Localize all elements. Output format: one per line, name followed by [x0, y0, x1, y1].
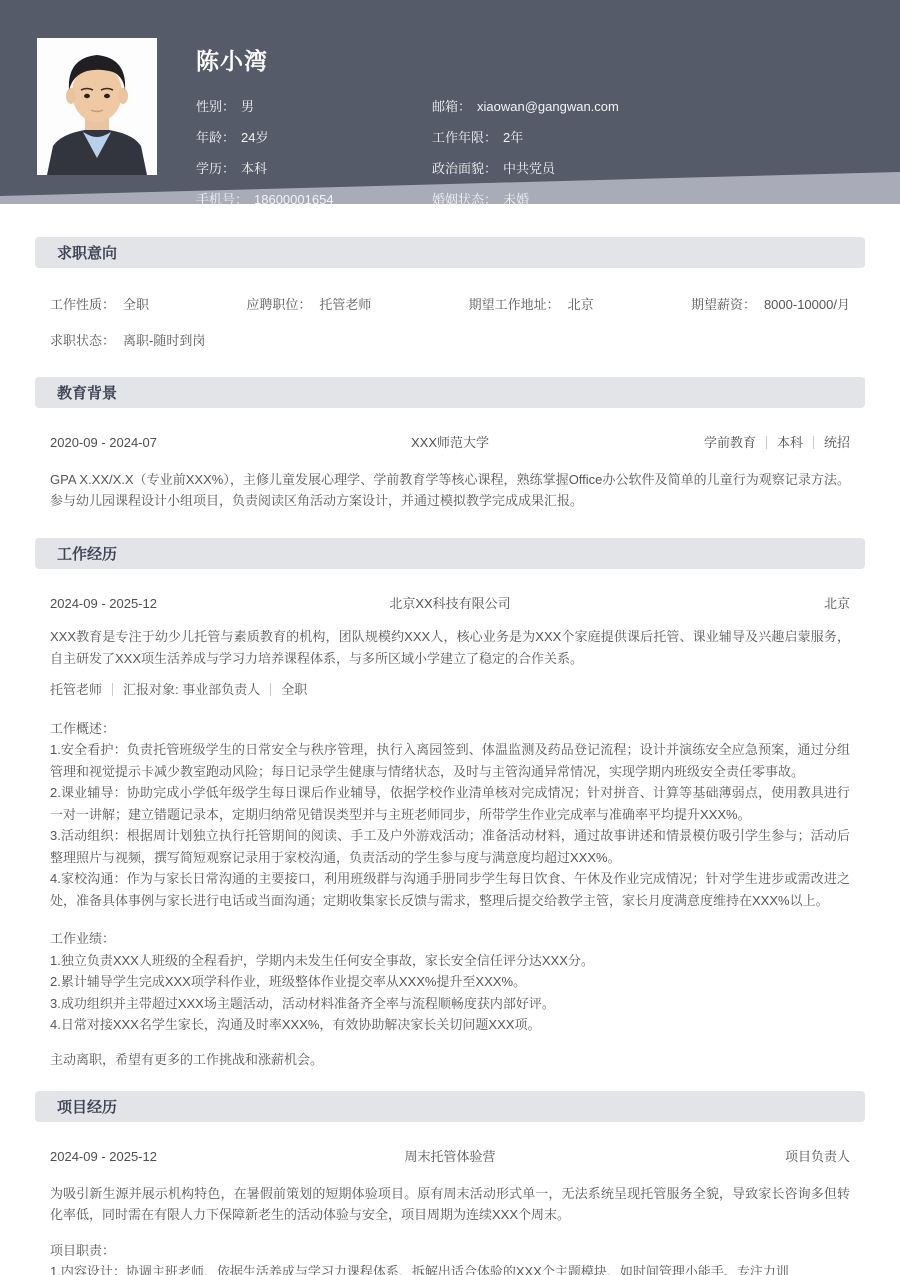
info-label: 手机号：: [196, 192, 248, 207]
work-overview-item: 1.安全看护：负责托管班级学生的日常安全与秩序管理，执行入离园签到、体温监测及药…: [50, 739, 850, 782]
project-background: 为吸引新生源并展示机构特色，在暑假前策划的短期体验项目。原有周末活动形式单一，无…: [50, 1183, 850, 1226]
work-location: 北京: [511, 593, 850, 615]
field-value: 北京: [568, 297, 594, 312]
work-achievements: 工作业绩： 1.独立负责XXX人班级的全程看护，学期内未发生任何安全事故，家长安…: [50, 928, 850, 1036]
leave-reason: 主动离职，希望有更多的工作挑战和涨薪机会。: [50, 1049, 850, 1071]
info-value: 男: [241, 99, 254, 114]
project-role: 项目负责人: [496, 1146, 851, 1168]
info-label: 婚姻状态：: [432, 192, 497, 207]
education-description: GPA X.XX/X.X（专业前XXX%），主修儿童发展心理学、学前教育学等核心…: [50, 469, 850, 512]
info-label: 学历：: [196, 161, 235, 176]
education-entry-row: 2020-09 - 2024-07 XXX师范大学 学前教育本科统招: [50, 432, 850, 454]
degree: 本科: [777, 435, 803, 450]
work-achievement-item: 1.独立负责XXX人班级的全程看护，学期内未发生任何安全事故，家长安全信任评分达…: [50, 950, 850, 972]
education-content: 2020-09 - 2024-07 XXX师范大学 学前教育本科统招 GPA X…: [0, 432, 900, 512]
target-position: 应聘职位：托管老师: [246, 294, 371, 316]
section-title-bar-education: 教育背景: [35, 377, 865, 408]
position-line: 托管老师汇报对象: 事业部负责人全职: [50, 679, 850, 701]
work-period: 2024-09 - 2025-12: [50, 593, 389, 615]
project-duty-item: 1.内容设计：协调主班老师，依据生活养成与学习力课程体系，拆解出适合体验的XXX…: [50, 1261, 850, 1275]
work-overview-item: 4.家校沟通：作为与家长日常沟通的主要接口，利用班级群与沟通手册同步学生每日饮食…: [50, 868, 850, 911]
field-value: 8000-10000/月: [764, 297, 850, 312]
job-intent-row: 工作性质：全职 应聘职位：托管老师 期望工作地址：北京 期望薪资：8000-10…: [50, 294, 850, 316]
field-value: 离职-随时到岗: [123, 333, 205, 348]
section-work-experience: 工作经历 2024-09 - 2025-12 北京XX科技有限公司 北京 XXX…: [0, 538, 900, 1071]
major: 学前教育: [704, 435, 756, 450]
field-label: 工作性质：: [50, 297, 115, 312]
info-value: 18600001654: [254, 192, 334, 207]
work-achievement-item: 2.累计辅导学生完成XXX项学科作业，班级整体作业提交率从XXX%提升至XXX%…: [50, 971, 850, 993]
info-email: 邮箱：xiaowan@gangwan.com: [432, 96, 860, 115]
info-label: 邮箱：: [432, 99, 471, 114]
project-duties: 项目职责： 1.内容设计：协调主班老师，依据生活养成与学习力课程体系，拆解出适合…: [50, 1240, 850, 1275]
info-value: 本科: [241, 161, 267, 176]
field-label: 应聘职位：: [246, 297, 311, 312]
section-title: 项目经历: [57, 1096, 117, 1117]
avatar-photo: [37, 38, 157, 175]
project-entry-row: 2024-09 - 2025-12 周末托管体验营 项目负责人: [50, 1146, 850, 1168]
work-achievement-item: 4.日常对接XXX名学生家长，沟通及时率XXX%，有效协助解决家长关切问题XXX…: [50, 1014, 850, 1036]
work-content: 2024-09 - 2025-12 北京XX科技有限公司 北京 XXX教育是专注…: [0, 593, 900, 1071]
section-title: 求职意向: [57, 242, 117, 263]
section-title-bar-project: 项目经历: [35, 1091, 865, 1122]
separator: [112, 683, 113, 696]
separator: [766, 436, 767, 449]
field-label: 求职状态：: [50, 333, 115, 348]
position-title: 托管老师: [50, 682, 102, 697]
enrollment-type: 统招: [824, 435, 850, 450]
candidate-name: 陈小湾: [196, 43, 860, 76]
info-value: 24岁: [241, 130, 268, 145]
project-period: 2024-09 - 2025-12: [50, 1146, 404, 1168]
education-period: 2020-09 - 2024-07: [50, 432, 411, 454]
work-overview-item: 3.活动组织：根据周计划独立执行托管期间的阅读、手工及户外游戏活动；准备活动材料…: [50, 825, 850, 868]
work-company: 北京XX科技有限公司: [389, 593, 510, 615]
section-title-bar-job-intent: 求职意向: [35, 237, 865, 268]
work-overview-item: 2.课业辅导：协助完成小学低年级学生每日课后作业辅导，依据学校作业清单核对完成情…: [50, 782, 850, 825]
info-value: 中共党员: [503, 161, 555, 176]
work-overview-title: 工作概述：: [50, 718, 850, 740]
candidate-info-grid: 性别：男 邮箱：xiaowan@gangwan.com 年龄：24岁 工作年限：…: [196, 96, 860, 208]
section-job-intent: 求职意向 工作性质：全职 应聘职位：托管老师 期望工作地址：北京 期望薪资：80…: [0, 237, 900, 351]
info-political-status: 政治面貌：中共党员: [432, 158, 860, 177]
info-label: 政治面貌：: [432, 161, 497, 176]
project-duties-title: 项目职责：: [50, 1240, 850, 1262]
info-label: 年龄：: [196, 130, 235, 145]
field-label: 期望薪资：: [691, 297, 756, 312]
project-name: 周末托管体验营: [404, 1146, 495, 1168]
info-label: 性别：: [196, 99, 235, 114]
info-age: 年龄：24岁: [196, 127, 432, 146]
education-tags: 学前教育本科统招: [489, 432, 850, 454]
project-content: 2024-09 - 2025-12 周末托管体验营 项目负责人 为吸引新生源并展…: [0, 1146, 900, 1275]
expected-salary: 期望薪资：8000-10000/月: [691, 294, 850, 316]
info-label: 工作年限：: [432, 130, 497, 145]
resume-header: 陈小湾 性别：男 邮箱：xiaowan@gangwan.com 年龄：24岁 工…: [0, 0, 900, 204]
job-intent-content: 工作性质：全职 应聘职位：托管老师 期望工作地址：北京 期望薪资：8000-10…: [0, 294, 900, 351]
info-work-years: 工作年限：2年: [432, 127, 860, 146]
work-achievement-item: 3.成功组织并主带超过XXX场主题活动，活动材料准备齐全率与流程顺畅度获内部好评…: [50, 993, 850, 1015]
section-title: 工作经历: [57, 543, 117, 564]
field-value: 托管老师: [319, 297, 371, 312]
section-title: 教育背景: [57, 382, 117, 403]
target-location: 期望工作地址：北京: [469, 294, 594, 316]
field-value: 全职: [123, 297, 149, 312]
work-achievements-title: 工作业绩：: [50, 928, 850, 950]
separator: [813, 436, 814, 449]
section-education: 教育背景 2020-09 - 2024-07 XXX师范大学 学前教育本科统招 …: [0, 377, 900, 512]
section-title-bar-work: 工作经历: [35, 538, 865, 569]
company-intro: XXX教育是专注于幼少儿托管与素质教育的机构，团队规模约XXX人，核心业务是为X…: [50, 626, 850, 669]
info-value: xiaowan@gangwan.com: [477, 99, 619, 114]
info-phone: 手机号：18600001654: [196, 189, 432, 208]
separator: [270, 683, 271, 696]
work-entry-row: 2024-09 - 2025-12 北京XX科技有限公司 北京: [50, 593, 850, 615]
info-value: 2年: [503, 130, 523, 145]
info-degree: 学历：本科: [196, 158, 432, 177]
avatar-illustration: [37, 38, 157, 175]
work-overview: 工作概述： 1.安全看护：负责托管班级学生的日常安全与秩序管理，执行入离园签到、…: [50, 718, 850, 912]
education-school: XXX师范大学: [411, 432, 489, 454]
field-label: 期望工作地址：: [469, 297, 560, 312]
job-type: 全职: [281, 682, 307, 697]
info-gender: 性别：男: [196, 96, 432, 115]
info-value: 未婚: [503, 192, 529, 207]
section-project-experience: 项目经历 2024-09 - 2025-12 周末托管体验营 项目负责人 为吸引…: [0, 1091, 900, 1275]
job-seeking-status: 求职状态：离职-随时到岗: [50, 330, 850, 352]
info-marital-status: 婚姻状态：未婚: [432, 189, 860, 208]
report-to: 汇报对象: 事业部负责人: [123, 682, 260, 697]
job-nature: 工作性质：全职: [50, 294, 149, 316]
